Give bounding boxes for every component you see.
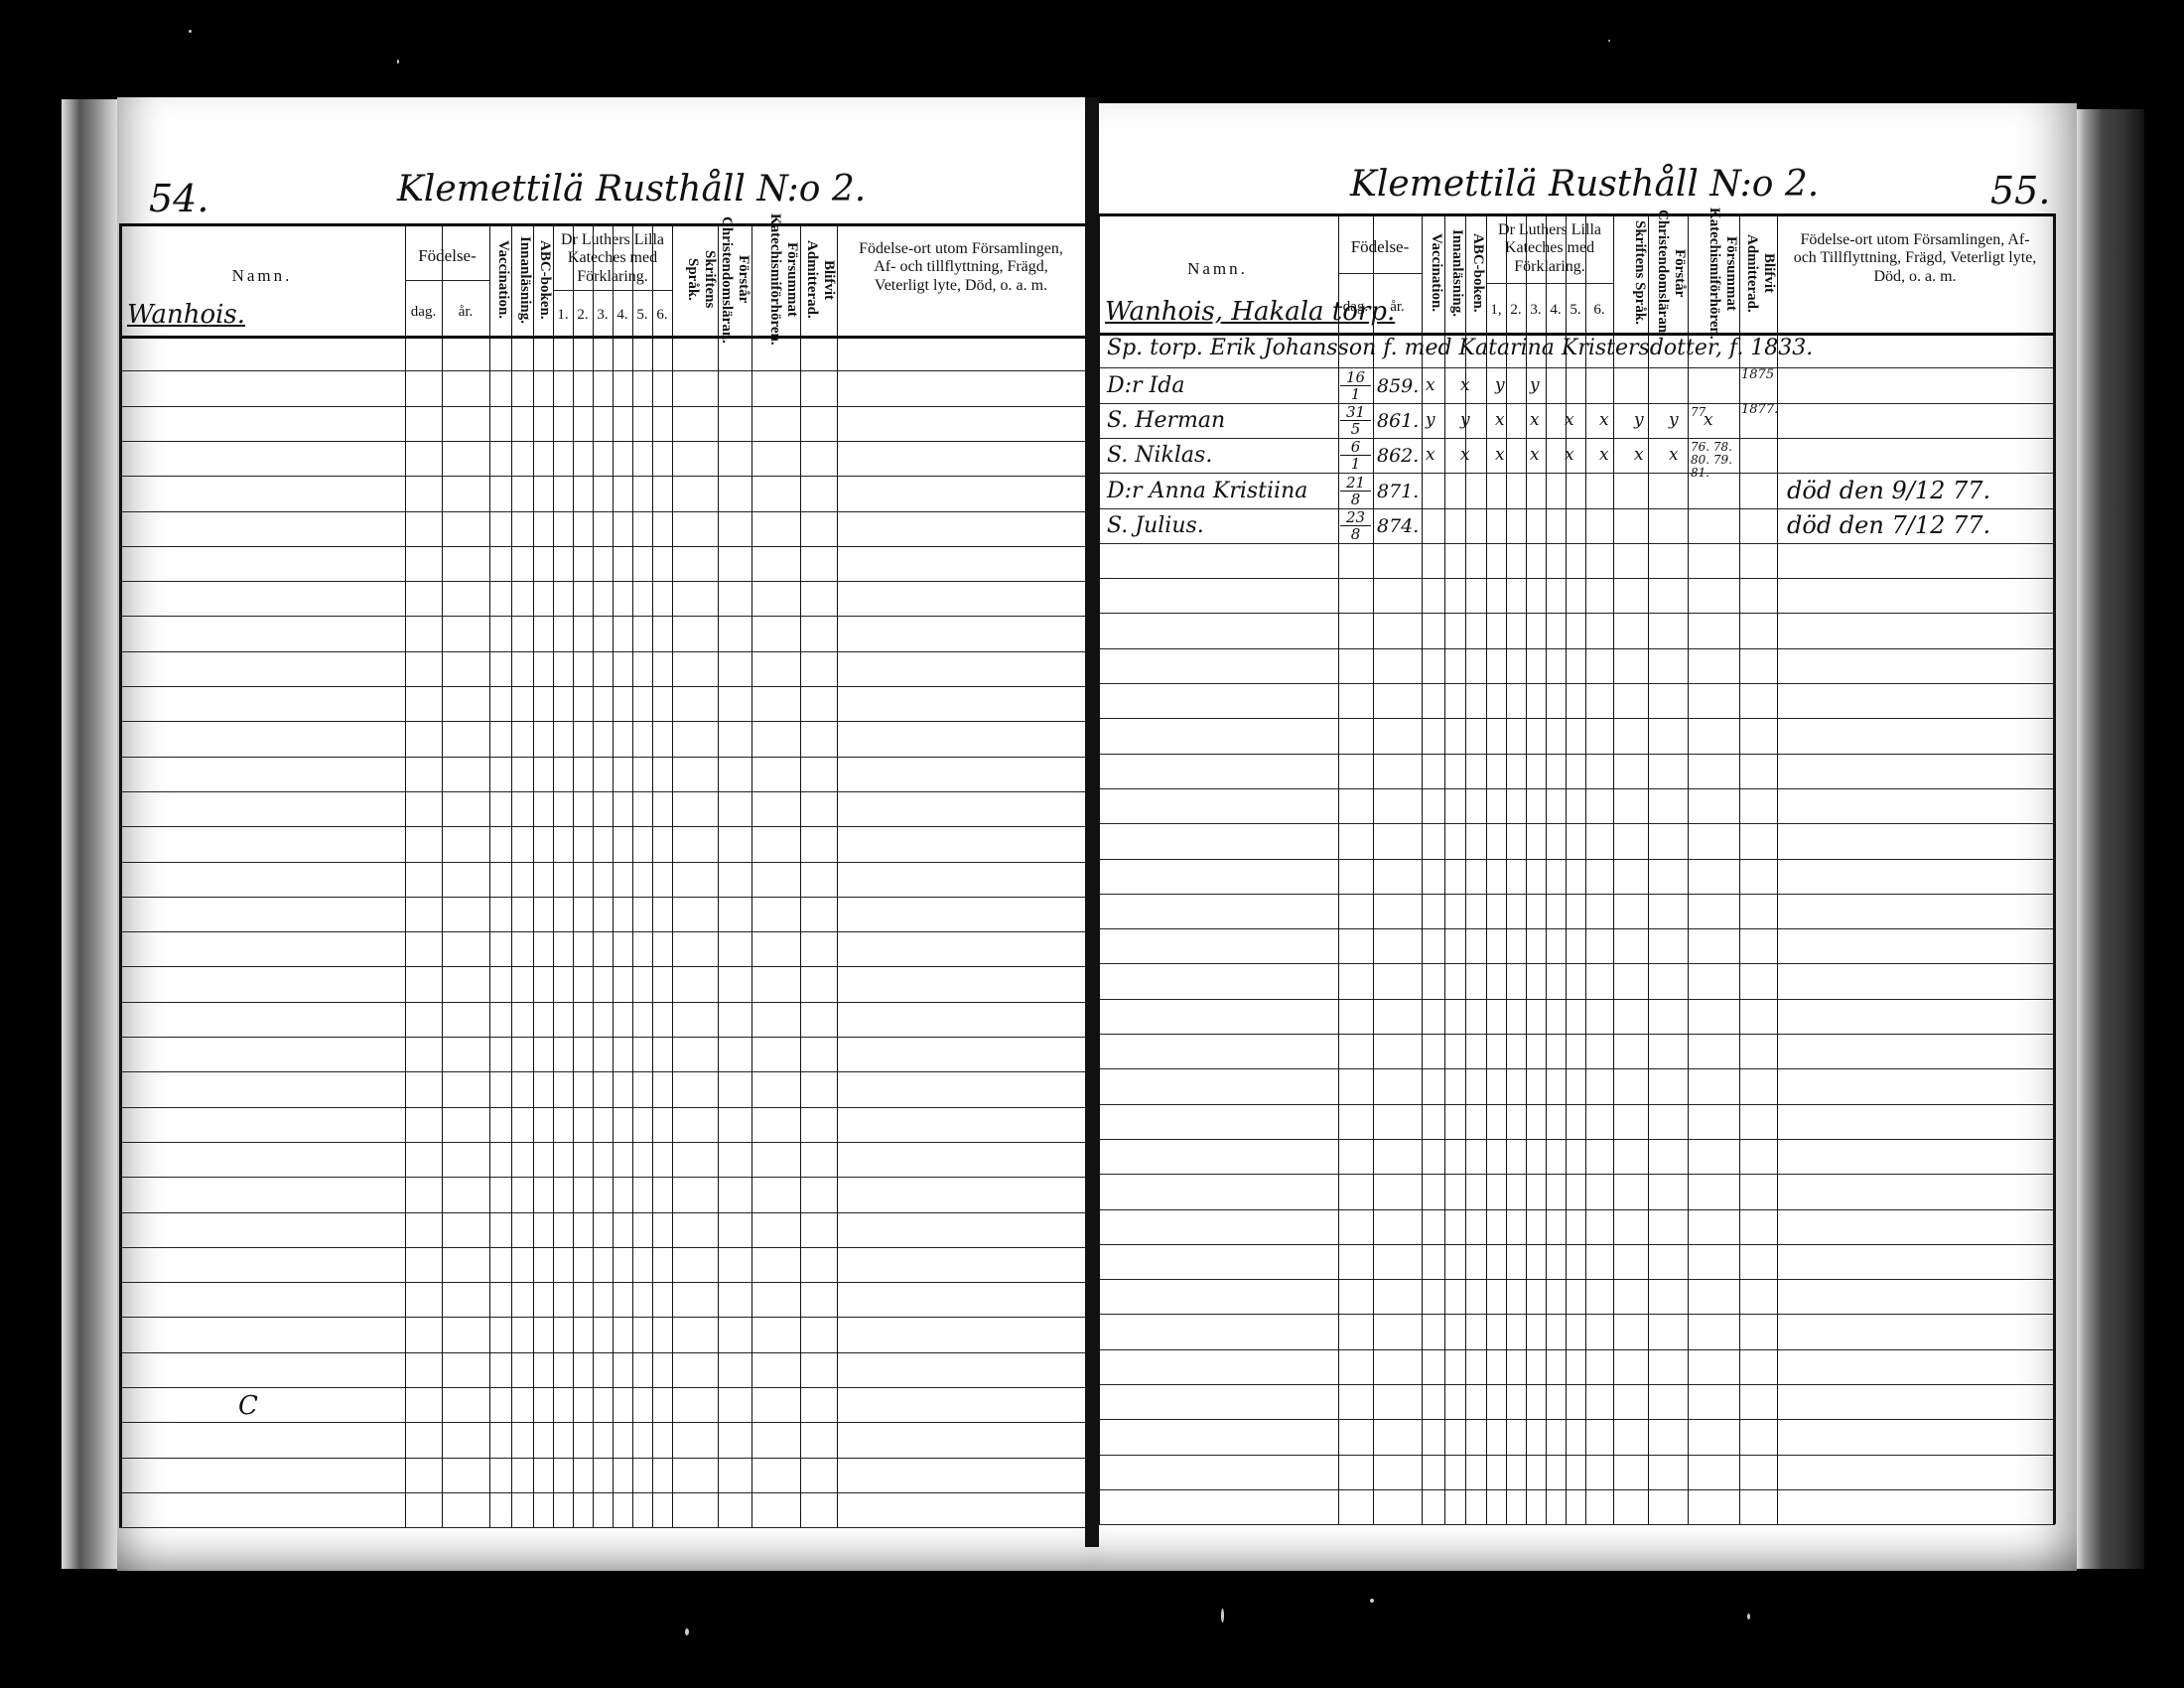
birth-date-fraction: 315 — [1340, 404, 1371, 437]
header-catechism-col-4: 4. — [1546, 302, 1566, 319]
column-divider — [489, 223, 490, 1527]
row-divider — [1097, 1104, 2055, 1105]
row-divider — [1097, 963, 2055, 964]
row-divider — [119, 686, 1087, 687]
row-divider — [119, 1002, 1087, 1003]
row-divider — [119, 616, 1087, 617]
row-divider — [1097, 1034, 2055, 1035]
header-catechism-col-6: 6. — [652, 307, 672, 324]
header-catechism-col-4: 4. — [613, 307, 632, 324]
left-page-number: 54. — [149, 177, 208, 220]
column-divider — [613, 223, 614, 1527]
table-top-border — [1097, 213, 2055, 216]
header-scripture: Skriftens Språk. — [1613, 219, 1648, 327]
header-remarks: Födelse-ort utom Församlingen, Af- och t… — [837, 240, 1085, 295]
header-catechism-col-3: 3. — [1526, 302, 1546, 319]
birth-date-fraction: 161 — [1340, 369, 1371, 402]
table-top-border — [119, 223, 1087, 226]
header-catechism-col-2: 2. — [1506, 302, 1526, 319]
margin-note: C — [238, 1391, 258, 1421]
row-divider — [1097, 403, 2055, 404]
death-remark: död den 9/12 77. — [1787, 477, 1990, 504]
row-divider — [1097, 1455, 2055, 1456]
birth-day: 23 — [1340, 509, 1371, 526]
row-divider — [1097, 683, 2055, 684]
column-divider — [405, 223, 406, 1527]
birth-month: 1 — [1340, 456, 1371, 472]
birth-year: 862. — [1377, 445, 1419, 467]
birth-day: 6 — [1340, 439, 1371, 456]
row-divider — [119, 511, 1087, 512]
row-divider — [119, 1492, 1087, 1493]
row-divider — [119, 1422, 1087, 1423]
row-divider — [119, 1177, 1087, 1178]
column-divider — [1338, 213, 1339, 1524]
row-divider — [1097, 1349, 2055, 1350]
header-catechism: Dr Luthers Lilla Kateches med Förklaring… — [553, 231, 672, 286]
row-divider — [119, 966, 1087, 967]
header-abc-book: ABC-boken. — [1465, 219, 1486, 327]
header-vaccination: Vaccination. — [1422, 219, 1444, 327]
row-divider — [119, 1282, 1087, 1283]
examination-marks: x x x x x x x x — [1426, 445, 1689, 465]
header-vaccination: Vaccination. — [489, 229, 511, 330]
row-divider — [119, 370, 1087, 371]
birth-month: 8 — [1340, 492, 1371, 507]
row-divider — [1097, 1489, 2055, 1490]
header-catechism-col-5: 5. — [1566, 302, 1585, 319]
header-catechism-col-1: 1, — [1486, 302, 1506, 319]
row-divider — [1097, 1314, 2055, 1315]
row-divider — [1097, 754, 2055, 755]
row-divider — [119, 757, 1087, 758]
header-catechism-col-5: 5. — [632, 307, 652, 324]
column-divider — [718, 223, 719, 1527]
admitted-year: 1875 — [1741, 367, 1774, 382]
column-divider — [442, 223, 443, 1527]
birth-year: 874. — [1377, 515, 1419, 537]
row-divider — [119, 1387, 1087, 1388]
left-page-heading: Klemettilä Rusthåll N:o 2. — [397, 169, 866, 210]
person-name: S. Julius. — [1107, 513, 1204, 538]
row-divider — [1097, 543, 2055, 544]
birth-date-fraction: 61 — [1340, 439, 1371, 472]
row-divider — [1097, 1139, 2055, 1140]
column-divider — [632, 223, 633, 1527]
birth-month: 5 — [1340, 421, 1371, 437]
death-remark: död den 7/12 77. — [1787, 511, 1990, 539]
row-divider — [119, 406, 1087, 407]
header-missed-hearings: Försummat Katechismiförhören. — [1688, 219, 1739, 327]
header-admitted: Blifvit Admitterad. — [800, 229, 837, 330]
header-catechism-col-1: 1. — [553, 307, 573, 324]
birth-subheader-line — [405, 280, 489, 281]
header-catechism-col-2: 2. — [573, 307, 593, 324]
header-scripture: Skriftens Språk. — [672, 229, 718, 330]
catechism-subheader-line — [553, 290, 672, 291]
section-label: Wanhois, Hakala torp. — [1105, 297, 1395, 327]
row-divider — [1097, 473, 2055, 474]
dust-speck — [1747, 1614, 1750, 1619]
column-divider — [652, 223, 653, 1527]
row-divider — [119, 1037, 1087, 1038]
birth-subheader-line — [1338, 273, 1422, 274]
row-divider — [119, 897, 1087, 898]
dust-speck — [1221, 1609, 1224, 1622]
row-divider — [119, 441, 1087, 442]
row-divider — [119, 1142, 1087, 1143]
dust-speck — [189, 30, 192, 33]
header-catechism-col-6: 6. — [1585, 302, 1613, 319]
family-head-entry: Sp. torp. Erik Johansson f. med Katarina… — [1107, 336, 1813, 360]
examination-marks: y y x x x x y y x — [1426, 410, 1723, 430]
row-divider — [119, 1527, 1087, 1528]
column-divider — [593, 223, 594, 1527]
header-catechism: Dr Luthers Lilla Kateches med Förklaring… — [1486, 221, 1613, 276]
right-register-table: Namn.Födelse-dag.år.Vaccination.Innanläs… — [1097, 213, 2055, 1524]
row-divider — [1097, 1174, 2055, 1175]
header-name: Namn. — [119, 266, 405, 286]
missed-hearings-note: 76. 78. 80. 79. 81. — [1691, 441, 1742, 480]
row-divider — [1097, 1244, 2055, 1245]
row-divider — [1097, 1419, 2055, 1420]
row-divider — [1097, 999, 2055, 1000]
birth-year: 861. — [1377, 410, 1419, 432]
book-edge-right — [2075, 109, 2144, 1569]
row-divider — [1097, 1384, 2055, 1385]
row-divider — [1097, 578, 2055, 579]
row-divider — [119, 1247, 1087, 1248]
column-divider — [1097, 213, 1100, 1524]
row-divider — [1097, 367, 2055, 368]
row-divider — [1097, 788, 2055, 789]
birth-day: 31 — [1340, 404, 1371, 421]
row-divider — [1097, 1279, 2055, 1280]
birth-date-fraction: 218 — [1340, 475, 1371, 507]
row-divider — [1097, 648, 2055, 649]
dust-speck — [1608, 40, 1610, 42]
column-divider — [1422, 213, 1423, 1524]
right-page-number: 55. — [1990, 169, 2050, 212]
header-birth-year: år. — [442, 304, 489, 321]
birth-day: 21 — [1340, 475, 1371, 492]
row-divider — [1097, 894, 2055, 895]
person-name: D:r Ida — [1107, 373, 1184, 398]
person-name: S. Herman — [1107, 408, 1225, 433]
admitted-year: 1877. — [1741, 402, 1778, 417]
header-missed-hearings: Försummat Katechismiförhören. — [751, 229, 800, 330]
row-divider — [119, 1107, 1087, 1108]
header-birth-day: dag. — [405, 304, 442, 321]
birth-month: 1 — [1340, 386, 1371, 402]
row-divider — [119, 1352, 1087, 1353]
header-reading: Innanläsning. — [511, 229, 533, 330]
row-divider — [1097, 613, 2055, 614]
section-label: Wanhois. — [127, 300, 245, 330]
column-divider — [119, 223, 122, 1527]
dust-speck — [685, 1628, 689, 1635]
birth-date-fraction: 238 — [1340, 509, 1371, 542]
column-divider — [573, 223, 574, 1527]
column-divider — [1373, 213, 1374, 1524]
book-edge-left — [62, 99, 123, 1569]
person-name: S. Niklas. — [1107, 443, 1212, 468]
row-divider — [119, 931, 1087, 932]
row-divider — [1097, 1068, 2055, 1069]
dust-speck — [1370, 1599, 1374, 1603]
header-birth: Födelse- — [1338, 237, 1422, 257]
birth-year: 871. — [1377, 481, 1419, 502]
row-divider — [119, 476, 1087, 477]
header-birth: Födelse- — [405, 246, 489, 266]
column-divider — [511, 223, 512, 1527]
column-divider — [672, 223, 673, 1527]
column-divider — [553, 223, 554, 1527]
header-remarks: Födelse-ort utom Församlingen, Af- och T… — [1777, 231, 2053, 286]
missed-hearings-note: 77 — [1691, 406, 1742, 419]
left-register-table: Namn.Födelse-dag.år.Vaccination.Innanläs… — [119, 223, 1087, 1529]
column-divider — [533, 223, 534, 1527]
right-page-heading: Klemettilä Rusthåll N:o 2. — [1350, 164, 1819, 205]
header-doctrine: Förstår Christendomsläran. — [1648, 219, 1688, 327]
row-divider — [119, 1317, 1087, 1318]
column-divider — [2053, 213, 2056, 1524]
row-divider — [1097, 1209, 2055, 1210]
row-divider — [1097, 928, 2055, 929]
row-divider — [1097, 859, 2055, 860]
row-divider — [1097, 718, 2055, 719]
header-admitted: Blifvit Admitterad. — [1739, 219, 1777, 327]
row-divider — [119, 862, 1087, 863]
column-divider — [837, 223, 838, 1527]
row-divider — [119, 1071, 1087, 1072]
row-divider — [119, 1212, 1087, 1213]
dust-speck — [397, 60, 399, 64]
birth-month: 8 — [1340, 526, 1371, 542]
row-divider — [1097, 438, 2055, 439]
header-abc-book: ABC-boken. — [533, 229, 553, 330]
column-divider — [800, 223, 801, 1527]
header-catechism-col-3: 3. — [593, 307, 613, 324]
row-divider — [119, 546, 1087, 547]
header-reading: Innanläsning. — [1444, 219, 1465, 327]
birth-day: 16 — [1340, 369, 1371, 386]
header-bottom-border — [119, 336, 1087, 339]
birth-year: 859. — [1377, 375, 1419, 397]
catechism-subheader-line — [1486, 283, 1613, 284]
row-divider — [119, 651, 1087, 652]
row-divider — [119, 581, 1087, 582]
examination-marks: x x y y — [1426, 375, 1550, 395]
header-doctrine: Förstår Christendomsläran. — [718, 229, 751, 330]
row-divider — [119, 826, 1087, 827]
row-divider — [1097, 823, 2055, 824]
row-divider — [119, 721, 1087, 722]
row-divider — [1097, 1524, 2055, 1525]
column-divider — [751, 223, 752, 1527]
row-divider — [119, 791, 1087, 792]
person-name: D:r Anna Kristiina — [1107, 479, 1307, 503]
row-divider — [1097, 508, 2055, 509]
header-name: Namn. — [1097, 259, 1338, 279]
row-divider — [119, 1458, 1087, 1459]
